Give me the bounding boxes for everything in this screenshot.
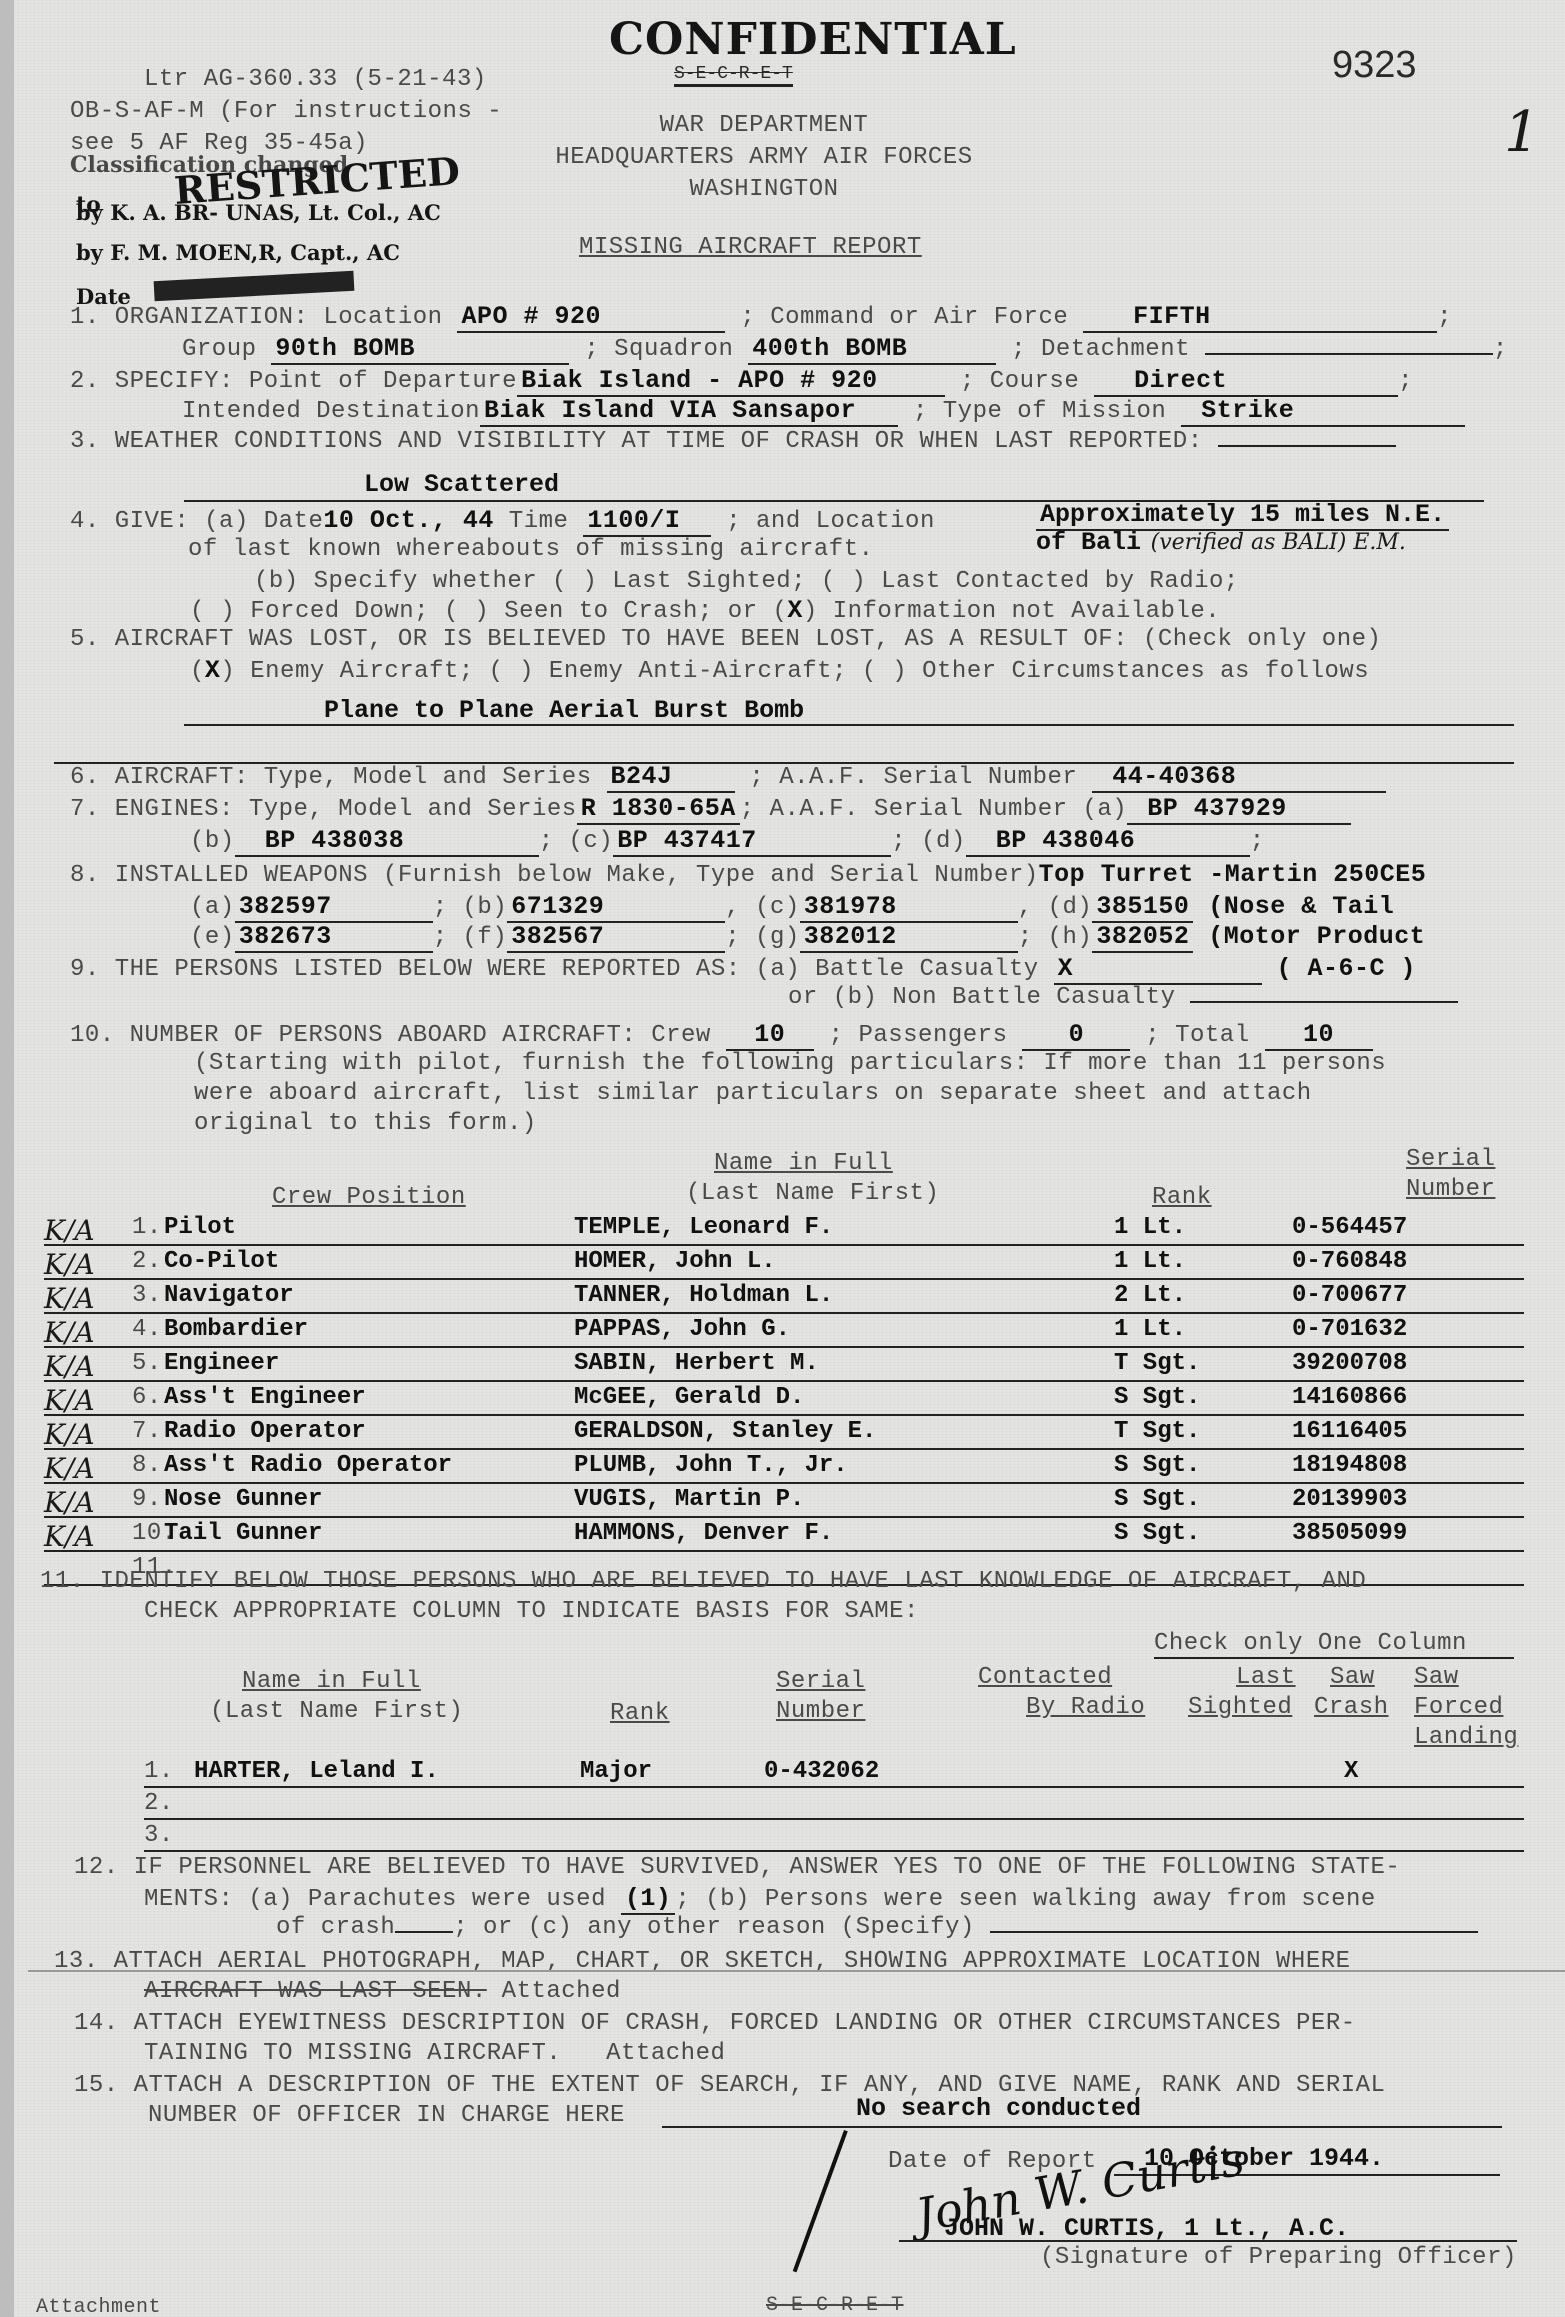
checkbox-last-sighted[interactable] <box>567 566 583 595</box>
redaction-bar <box>154 271 355 301</box>
departure-field[interactable]: Biak Island - APO # 920 <box>517 366 945 397</box>
crew-rank[interactable]: 1 Lt. <box>1114 1248 1186 1275</box>
crew-row-number: 8. <box>132 1452 162 1479</box>
reference-line-2: OB-S-AF-M (For instructions - <box>70 98 502 125</box>
crew-position[interactable]: Radio Operator <box>164 1418 366 1445</box>
knowledge-col-serial-1: Serial <box>776 1668 865 1695</box>
parachutes-field[interactable]: (1) <box>621 1884 676 1915</box>
crew-name[interactable]: PLUMB, John T., Jr. <box>574 1452 848 1479</box>
crew-status-mark: K/A <box>44 1384 95 1417</box>
knowledge-col-crash-2: Crash <box>1314 1694 1389 1721</box>
crew-rank[interactable]: S Sgt. <box>1114 1520 1200 1547</box>
crew-position[interactable]: Navigator <box>164 1282 294 1309</box>
crew-position[interactable]: Co-Pilot <box>164 1248 279 1275</box>
squadron-field[interactable]: 400th BOMB <box>748 334 996 365</box>
knowledge-col-name-2: (Last Name First) <box>210 1698 463 1725</box>
knowledge-col-crash-1: Saw <box>1330 1664 1375 1691</box>
weapon-h-serial[interactable]: 382052 <box>1092 922 1193 953</box>
section-5-options: (X) Enemy Aircraft; ( ) Enemy Anti-Aircr… <box>190 656 1369 685</box>
weapons-note-motor-product: (Motor Product <box>1208 922 1425 951</box>
crew-position[interactable]: Engineer <box>164 1350 279 1377</box>
section-2-row-2: Intended DestinationBiak Island VIA Sans… <box>182 396 1465 427</box>
last-knowledge-label: IDENTIFY BELOW THOSE PERSONS WHO ARE BEL… <box>100 1568 1367 1595</box>
circumstances-field[interactable]: Plane to Plane Aerial Burst Bomb <box>324 696 804 725</box>
crew-instructions-2: were aboard aircraft, list similar parti… <box>194 1080 1312 1107</box>
crew-row-number: 5. <box>132 1350 162 1377</box>
detachment-label: ; Detachment <box>1011 336 1190 363</box>
crew-serial[interactable]: 38505099 <box>1292 1520 1407 1547</box>
crew-position[interactable]: Pilot <box>164 1214 236 1241</box>
knowledge-row-number: 3. <box>144 1822 174 1849</box>
weapon-g-serial[interactable]: 382012 <box>800 922 1018 953</box>
crew-table-row: K/A1.PilotTEMPLE, Leonard F.1 Lt.0-56445… <box>44 1212 1524 1246</box>
last-knowledge-table: 1.HARTER, Leland I.Major0-432062X2.3. <box>144 1756 1524 1852</box>
section-13-row-2: AIRCRAFT WAS LAST SEEN. Attached <box>144 1978 621 2005</box>
crew-table-row: K/A6.Ass't EngineerMcGEE, Gerald D.S Sgt… <box>44 1382 1524 1416</box>
crew-serial[interactable]: 14160866 <box>1292 1384 1407 1411</box>
struck-secret-classification: S-E-C-R-E-T <box>674 64 793 87</box>
crew-table-row: K/A9.Nose GunnerVUGIS, Martin P.S Sgt.20… <box>44 1484 1524 1518</box>
crew-position[interactable]: Tail Gunner <box>164 1520 322 1547</box>
section-2-row-1: 2. SPECIFY: Point of DepartureBiak Islan… <box>70 366 1413 397</box>
section-15-label-1: 15. ATTACH A DESCRIPTION OF THE EXTENT O… <box>74 2072 1385 2099</box>
crew-table-row: K/A4.BombardierPAPPAS, John G.1 Lt.0-701… <box>44 1314 1524 1348</box>
or-label: or <box>788 984 818 1011</box>
crew-serial[interactable]: 0-760848 <box>1292 1248 1407 1275</box>
signature-underline <box>899 2240 1517 2242</box>
section-12-label-1: 12. IF PERSONNEL ARE BELIEVED TO HAVE SU… <box>74 1854 1400 1881</box>
crew-serial[interactable]: 0-564457 <box>1292 1214 1407 1241</box>
knowledge-col-rank: Rank <box>610 1700 670 1727</box>
info-not-available-label: Information not Available. <box>833 598 1220 625</box>
crew-serial[interactable]: 39200708 <box>1292 1350 1407 1377</box>
section-15-row-2: NUMBER OF OFFICER IN CHARGE HERE <box>148 2102 625 2129</box>
engine-a-key: (a) <box>1083 796 1128 823</box>
engine-type-field[interactable]: R 1830-65A <box>577 794 740 825</box>
knowledge-col-sighted-1: Last <box>1236 1664 1296 1691</box>
location-label: Location <box>323 304 442 331</box>
section-number: 15. <box>74 2072 119 2099</box>
aircraft-type-label: Type, Model and Series <box>264 764 592 791</box>
checkbox-seen-crash[interactable] <box>459 596 475 625</box>
knowledge-table-row: 3. <box>144 1820 1524 1852</box>
crew-table-row: K/A7.Radio OperatorGERALDSON, Stanley E.… <box>44 1416 1524 1450</box>
crew-name[interactable]: PAPPAS, John G. <box>574 1316 790 1343</box>
enemy-aircraft-label: Enemy Aircraft; <box>250 658 474 685</box>
section-14-label-1: 14. ATTACH EYEWITNESS DESCRIPTION OF CRA… <box>74 2010 1356 2037</box>
search-field[interactable]: No search conducted <box>856 2094 1141 2123</box>
specify-whether-label: (b) Specify whether <box>254 568 537 595</box>
aircraft-label: AIRCRAFT: <box>115 764 249 791</box>
section-4-row-3: (b) Specify whether ( ) Last Sighted; ( … <box>254 566 1239 595</box>
walking-away-label: ; (b) Persons were seen walking away fro… <box>675 1886 1375 1913</box>
weapon-f-serial[interactable]: 382567 <box>507 922 725 953</box>
weapon-b-serial[interactable]: 671329 <box>507 892 725 923</box>
weapons-note-top-turret[interactable]: Top Turret -Martin 250CE5 <box>1039 860 1427 889</box>
crew-status-mark: K/A <box>44 1520 95 1553</box>
checkbox-forced-down[interactable] <box>205 596 221 625</box>
aircraft-serial-field[interactable]: 44-40368 <box>1092 762 1386 793</box>
crew-rank[interactable]: S Sgt. <box>1114 1452 1200 1479</box>
crew-col-serial-2: Number <box>1406 1176 1495 1203</box>
seen-crash-label: Seen to Crash; or <box>504 598 757 625</box>
crew-table-row: K/A10.Tail GunnerHAMMONS, Denver F.S Sgt… <box>44 1518 1524 1552</box>
mission-field[interactable]: Strike <box>1181 396 1465 427</box>
section-number: 1. <box>70 304 100 331</box>
weapon-a-serial[interactable]: 382597 <box>235 892 433 923</box>
knowledge-col-name-1: Name in Full <box>242 1668 421 1695</box>
crew-row-number: 3. <box>132 1282 162 1309</box>
weapon-e-key: (e) <box>190 924 235 951</box>
weapon-d-serial[interactable]: 385150 <box>1092 892 1193 923</box>
weather-field[interactable]: Low Scattered <box>364 470 559 499</box>
engine-c-serial[interactable]: BP 437417 <box>613 826 891 857</box>
crew-position[interactable]: Ass't Engineer <box>164 1384 366 1411</box>
organization-label: ORGANIZATION: <box>115 304 309 331</box>
section-4-row-4: ( ) Forced Down; ( ) Seen to Crash; or (… <box>190 596 1220 625</box>
other-reason-field[interactable] <box>990 1931 1478 1933</box>
section-1-row-2: Group 90th BOMB ; Squadron 400th BOMB ; … <box>182 334 1508 365</box>
section-number: 10. <box>70 1022 115 1049</box>
crew-name[interactable]: HAMMONS, Denver F. <box>574 1520 833 1547</box>
crew-name[interactable]: TEMPLE, Leonard F. <box>574 1214 833 1241</box>
crew-instructions-3: original to this form.) <box>194 1110 537 1137</box>
crew-table-row: K/A5.EngineerSABIN, Herbert M.T Sgt.3920… <box>44 1348 1524 1382</box>
preparing-officer-name: JOHN W. CURTIS, 1 Lt., A.C. <box>944 2214 1349 2243</box>
signature-stroke <box>793 2130 848 2272</box>
section-number: 5. <box>70 626 100 653</box>
knowledge-row-number: 2. <box>144 1790 174 1817</box>
engine-c-key: (c) <box>569 828 614 855</box>
engine-d-serial[interactable]: BP 438046 <box>966 826 1250 857</box>
persons-aboard-label: NUMBER OF PERSONS ABOARD AIRCRAFT: <box>130 1022 637 1049</box>
section-number: 2. <box>70 368 100 395</box>
total-field[interactable]: 10 <box>1265 1020 1373 1051</box>
crew-row-number: 9. <box>132 1486 162 1513</box>
location-field[interactable]: APO # 920 <box>457 302 725 333</box>
crew-count-label: Crew <box>651 1022 711 1049</box>
knowledge-col-radio-2: By Radio <box>1026 1694 1145 1721</box>
weather-label: WEATHER CONDITIONS AND VISIBILITY AT TIM… <box>115 428 1203 455</box>
crew-row-number: 1. <box>132 1214 162 1241</box>
crew-name[interactable]: GERALDSON, Stanley E. <box>574 1418 876 1445</box>
knowledge-serial[interactable]: 0-432062 <box>764 1758 879 1785</box>
weapon-d-key: (d) <box>1048 894 1093 921</box>
section-11-label-1: 11. IDENTIFY BELOW THOSE PERSONS WHO ARE… <box>40 1568 1366 1595</box>
engine-type-label: Type, Model and Series <box>249 796 577 823</box>
last-sighted-label: Last Sighted; <box>612 568 806 595</box>
crew-position[interactable]: Bombardier <box>164 1316 308 1343</box>
specify-label: SPECIFY: <box>115 368 234 395</box>
crew-status-mark: K/A <box>44 1214 95 1247</box>
crew-rank[interactable]: T Sgt. <box>1114 1418 1200 1445</box>
knowledge-table-row: 2. <box>144 1788 1524 1820</box>
section-number: 14. <box>74 2010 119 2037</box>
weapons-label: INSTALLED WEAPONS (Furnish below Make, T… <box>115 862 1039 889</box>
passengers-label: ; Passengers <box>829 1022 1008 1049</box>
crew-name[interactable]: SABIN, Herbert M. <box>574 1350 819 1377</box>
section-12-row-2: MENTS: (a) Parachutes were used (1); (b)… <box>144 1884 1376 1915</box>
department-line-3: WASHINGTON <box>454 176 1074 203</box>
section-8-row-2: (a)382597; (b)671329, (c)381978, (d)3851… <box>190 892 1394 923</box>
attach-search-label: ATTACH A DESCRIPTION OF THE EXTENT OF SE… <box>134 2072 1386 2099</box>
non-battle-casualty-field[interactable] <box>1190 1001 1458 1003</box>
section-5-label: 5. AIRCRAFT WAS LOST, OR IS BELIEVED TO … <box>70 626 1381 653</box>
walking-away-field[interactable] <box>395 1931 453 1933</box>
circumstances-underline <box>184 724 1514 726</box>
crew-status-mark: K/A <box>44 1418 95 1451</box>
crew-table-row: K/A2.Co-PilotHOMER, John L.1 Lt.0-760848 <box>44 1246 1524 1280</box>
non-battle-casualty-label: (b) Non Battle Casualty <box>833 984 1176 1011</box>
crew-serial[interactable]: 16116405 <box>1292 1418 1407 1445</box>
section-number: 3. <box>70 428 100 455</box>
knowledge-check-crash[interactable]: X <box>1344 1758 1358 1785</box>
crew-status-mark: K/A <box>44 1248 95 1281</box>
crew-col-serial-1: Serial <box>1406 1146 1495 1173</box>
knowledge-col-forced-3: Landing <box>1414 1724 1518 1751</box>
section-number: 12. <box>74 1854 119 1881</box>
check-one-column-header: Check only One Column <box>1154 1630 1514 1659</box>
departure-label: Point of Departure <box>249 368 517 395</box>
give-label: GIVE: <box>115 508 190 535</box>
crew-count-field[interactable]: 10 <box>726 1020 814 1051</box>
other-reason-label: ; or (c) any other reason (Specify) <box>453 1914 975 1941</box>
crew-row-number: 6. <box>132 1384 162 1411</box>
reported-as-label: THE PERSONS LISTED BELOW WERE REPORTED A… <box>115 956 741 983</box>
knowledge-col-forced-1: Saw <box>1414 1664 1459 1691</box>
aircraft-type-field[interactable]: B24J <box>607 762 735 793</box>
reference-line-1: Ltr AG-360.33 (5-21-43) <box>144 66 487 93</box>
bottom-struck-classification: S-E-C-R-E-T <box>766 2294 904 2317</box>
engine-b-serial[interactable]: BP 438038 <box>235 826 539 857</box>
destination-field[interactable]: Biak Island VIA Sansapor <box>480 396 898 427</box>
map-attached-field[interactable]: Attached <box>502 1978 621 2005</box>
section-3-label: 3. WEATHER CONDITIONS AND VISIBILITY AT … <box>70 428 1396 455</box>
missing-aircraft-label: TAINING TO MISSING AIRCRAFT. <box>144 2040 561 2067</box>
other-circumstances-label: Other Circumstances as follows <box>922 658 1369 685</box>
section-number: 11. <box>40 1568 85 1595</box>
search-underline <box>662 2126 1502 2128</box>
section-number: 7. <box>70 796 100 823</box>
forced-down-label: Forced Down; <box>250 598 429 625</box>
weapon-f-key: (f) <box>463 924 508 951</box>
mission-label: ; Type of Mission <box>913 398 1166 425</box>
missing-aircraft-report-page: CONFIDENTIAL S-E-C-R-E-T 9323 1 Ltr AG-3… <box>0 0 1565 2317</box>
engines-label: ENGINES: <box>115 796 234 823</box>
weather-blank <box>1218 445 1396 447</box>
section-8-label-row: 8. INSTALLED WEAPONS (Furnish below Make… <box>70 860 1426 889</box>
handwritten-verification-note: (verified as BALI) E.M. <box>1151 530 1406 555</box>
section-12-row-3: of crash; or (c) any other reason (Speci… <box>276 1914 1478 1941</box>
casualty-code: ( A-6-C ) <box>1277 954 1417 983</box>
knowledge-table-row: 1.HARTER, Leland I.Major0-432062X <box>144 1756 1524 1788</box>
eyewitness-attached-field[interactable]: Attached <box>606 2040 725 2067</box>
of-crash-label: of crash <box>276 1914 395 1941</box>
crew-name[interactable]: VUGIS, Martin P. <box>574 1486 804 1513</box>
engine-a-serial[interactable]: BP 437929 <box>1127 794 1351 825</box>
weapons-note-nose-tail: (Nose & Tail <box>1208 892 1394 921</box>
location-label: ; and Location <box>726 508 935 535</box>
crew-rank[interactable]: T Sgt. <box>1114 1350 1200 1377</box>
aircraft-last-seen-label: AIRCRAFT WAS LAST SEEN. <box>144 1978 487 2005</box>
weapon-h-key: (h) <box>1048 924 1093 951</box>
crew-serial[interactable]: 20139903 <box>1292 1486 1407 1513</box>
total-label: ; Total <box>1145 1022 1249 1049</box>
loss-cause-label: AIRCRAFT WAS LOST, OR IS BELIEVED TO HAV… <box>115 626 1382 653</box>
squadron-label: ; Squadron <box>584 336 733 363</box>
date-field[interactable]: 10 Oct., 44 <box>323 506 494 535</box>
section-14-row-2: TAINING TO MISSING AIRCRAFT. Attached <box>144 2040 725 2067</box>
crew-rank[interactable]: S Sgt. <box>1114 1486 1200 1513</box>
weapon-b-key: (b) <box>463 894 508 921</box>
confidential-stamp: CONFIDENTIAL <box>609 14 1017 65</box>
department-line-2: HEADQUARTERS ARMY AIR FORCES <box>454 144 1074 171</box>
section-7-row-2: (b)BP 438038; (c)BP 437417; (d)BP 438046… <box>190 826 1265 857</box>
engine-b-key: (b) <box>190 828 235 855</box>
officer-in-charge-label: NUMBER OF OFFICER IN CHARGE HERE <box>148 2102 625 2129</box>
crew-status-mark: K/A <box>44 1452 95 1485</box>
crew-col-name-2: (Last Name First) <box>686 1180 939 1207</box>
paper-fold-line <box>28 1970 1565 1972</box>
crew-rank[interactable]: 2 Lt. <box>1114 1282 1186 1309</box>
crew-rank[interactable]: 1 Lt. <box>1114 1214 1186 1241</box>
crew-col-position: Crew Position <box>272 1184 466 1211</box>
section-4-row-1: 4. GIVE: (a) Date10 Oct., 44 Time 1100/I… <box>70 506 935 537</box>
knowledge-col-forced-2: Forced <box>1414 1694 1503 1721</box>
course-label: ; Course <box>960 368 1079 395</box>
section-1-row-1: 1. ORGANIZATION: Location APO # 920 ; Co… <box>70 302 1452 333</box>
destination-label: Intended Destination <box>182 398 480 425</box>
weapon-a-key: (a) <box>190 894 235 921</box>
crew-table-row: K/A8.Ass't Radio OperatorPLUMB, John T.,… <box>44 1450 1524 1484</box>
knowledge-col-serial-2: Number <box>776 1698 865 1725</box>
crew-position[interactable]: Ass't Radio Operator <box>164 1452 452 1479</box>
aircraft-serial-label: ; A.A.F. Serial Number <box>749 764 1077 791</box>
time-field[interactable]: 1100/I <box>583 506 711 537</box>
attach-eyewitness-label: ATTACH EYEWITNESS DESCRIPTION OF CRASH, … <box>134 2010 1356 2037</box>
signature-caption: (Signature of Preparing Officer) <box>1040 2244 1517 2271</box>
checkbox-other-circumstances[interactable] <box>877 656 893 685</box>
crew-name[interactable]: TANNER, Holdman L. <box>574 1282 833 1309</box>
detachment-field[interactable] <box>1205 353 1493 355</box>
section-number: 4. <box>70 508 100 535</box>
loss-location-field-2[interactable]: of Bali <box>1036 528 1141 557</box>
crew-status-mark: K/A <box>44 1486 95 1519</box>
checkbox-enemy-aircraft[interactable]: X <box>205 656 221 685</box>
crew-col-name-1: Name in Full <box>714 1150 893 1177</box>
section-6-row: 6. AIRCRAFT: Type, Model and Series B24J… <box>70 762 1386 793</box>
whereabouts-label: of last known whereabouts of missing air… <box>188 536 874 563</box>
crew-row-number: 7. <box>132 1418 162 1445</box>
knowledge-col-radio-1: Contacted <box>978 1664 1112 1691</box>
group-field[interactable]: 90th BOMB <box>271 334 569 365</box>
section-9-row-2: or (b) Non Battle Casualty <box>788 984 1458 1011</box>
knowledge-name[interactable]: HARTER, Leland I. <box>194 1758 439 1785</box>
crew-status-mark: K/A <box>44 1350 95 1383</box>
crew-instructions-1: (Starting with pilot, furnish the follow… <box>194 1050 1386 1077</box>
section-10-row-1: 10. NUMBER OF PERSONS ABOARD AIRCRAFT: C… <box>70 1020 1373 1051</box>
enemy-anti-aircraft-label: Enemy Anti-Aircraft; <box>549 658 847 685</box>
section-7-row-1: 7. ENGINES: Type, Model and SeriesR 1830… <box>70 794 1351 825</box>
section-number: 9. <box>70 956 100 983</box>
checkbox-info-not-available[interactable]: X <box>787 596 803 625</box>
battle-casualty-label: (a) Battle Casualty <box>756 956 1039 983</box>
crew-rank[interactable]: S Sgt. <box>1114 1384 1200 1411</box>
crew-status-mark: K/A <box>44 1316 95 1349</box>
reclassified-by-2: by F. M. MOEN,R, Capt., AC <box>76 240 400 265</box>
crew-col-rank: Rank <box>1152 1184 1212 1211</box>
crew-name[interactable]: HOMER, John L. <box>574 1248 776 1275</box>
section-11-label-2: CHECK APPROPRIATE COLUMN TO INDICATE BAS… <box>144 1598 919 1625</box>
page-marker: 1 <box>1504 100 1540 165</box>
course-field[interactable]: Direct <box>1094 366 1398 397</box>
time-label: Time <box>509 508 569 535</box>
reclassified-by-1: by K. A. BR- UNAS, Lt. Col., AC <box>76 200 441 225</box>
knowledge-rank[interactable]: Major <box>580 1758 652 1785</box>
crew-position[interactable]: Nose Gunner <box>164 1486 322 1513</box>
weapon-e-serial[interactable]: 382673 <box>235 922 433 953</box>
crew-serial[interactable]: 18194808 <box>1292 1452 1407 1479</box>
crew-serial[interactable]: 0-700677 <box>1292 1282 1407 1309</box>
section-8-row-3: (e)382673; (f)382567; (g)382012; (h)3820… <box>190 922 1425 953</box>
crew-name[interactable]: McGEE, Gerald D. <box>574 1384 804 1411</box>
loss-location-line-2: of Bali (verified as BALI) E.M. <box>1036 528 1406 557</box>
passengers-field[interactable]: 0 <box>1022 1020 1130 1051</box>
checkbox-enemy-anti-aircraft[interactable] <box>504 656 520 685</box>
battle-casualty-field[interactable]: X <box>1054 954 1262 985</box>
checkbox-last-contacted[interactable] <box>836 566 852 595</box>
command-field[interactable]: FIFTH <box>1083 302 1437 333</box>
knowledge-row-number: 1. <box>144 1758 174 1785</box>
parachutes-label: MENTS: (a) Parachutes were used <box>144 1886 606 1913</box>
document-number: 9323 <box>1332 44 1417 87</box>
crew-status-mark: K/A <box>44 1282 95 1315</box>
weapon-c-serial[interactable]: 381978 <box>800 892 1018 923</box>
group-label: Group <box>182 336 257 363</box>
date-label: (a) Date <box>204 508 323 535</box>
engine-d-key: (d) <box>921 828 966 855</box>
knowledge-col-sighted-2: Sighted <box>1188 1694 1292 1721</box>
department-line-1: WAR DEPARTMENT <box>454 112 1074 139</box>
weapon-g-key: (g) <box>755 924 800 951</box>
section-number: 8. <box>70 862 100 889</box>
section-number: 6. <box>70 764 100 791</box>
command-label: ; Command or Air Force <box>740 304 1068 331</box>
crew-row-number: 2. <box>132 1248 162 1275</box>
crew-table: K/A1.PilotTEMPLE, Leonard F.1 Lt.0-56445… <box>44 1212 1524 1586</box>
crew-rank[interactable]: 1 Lt. <box>1114 1316 1186 1343</box>
attachment-label: Attachment <box>36 2296 161 2317</box>
engine-serial-label: ; A.A.F. Serial Number <box>740 796 1068 823</box>
survival-label: IF PERSONNEL ARE BELIEVED TO HAVE SURVIV… <box>134 1854 1401 1881</box>
weapon-c-key: (c) <box>755 894 800 921</box>
crew-row-number: 4. <box>132 1316 162 1343</box>
last-contacted-label: Last Contacted by Radio; <box>881 568 1239 595</box>
form-title: MISSING AIRCRAFT REPORT <box>579 234 922 261</box>
crew-serial[interactable]: 0-701632 <box>1292 1316 1407 1343</box>
crew-table-row: K/A3.NavigatorTANNER, Holdman L.2 Lt.0-7… <box>44 1280 1524 1314</box>
section-9-row-1: 9. THE PERSONS LISTED BELOW WERE REPORTE… <box>70 954 1416 985</box>
loss-location-field-1[interactable]: Approximately 15 miles N.E. <box>1036 500 1449 531</box>
